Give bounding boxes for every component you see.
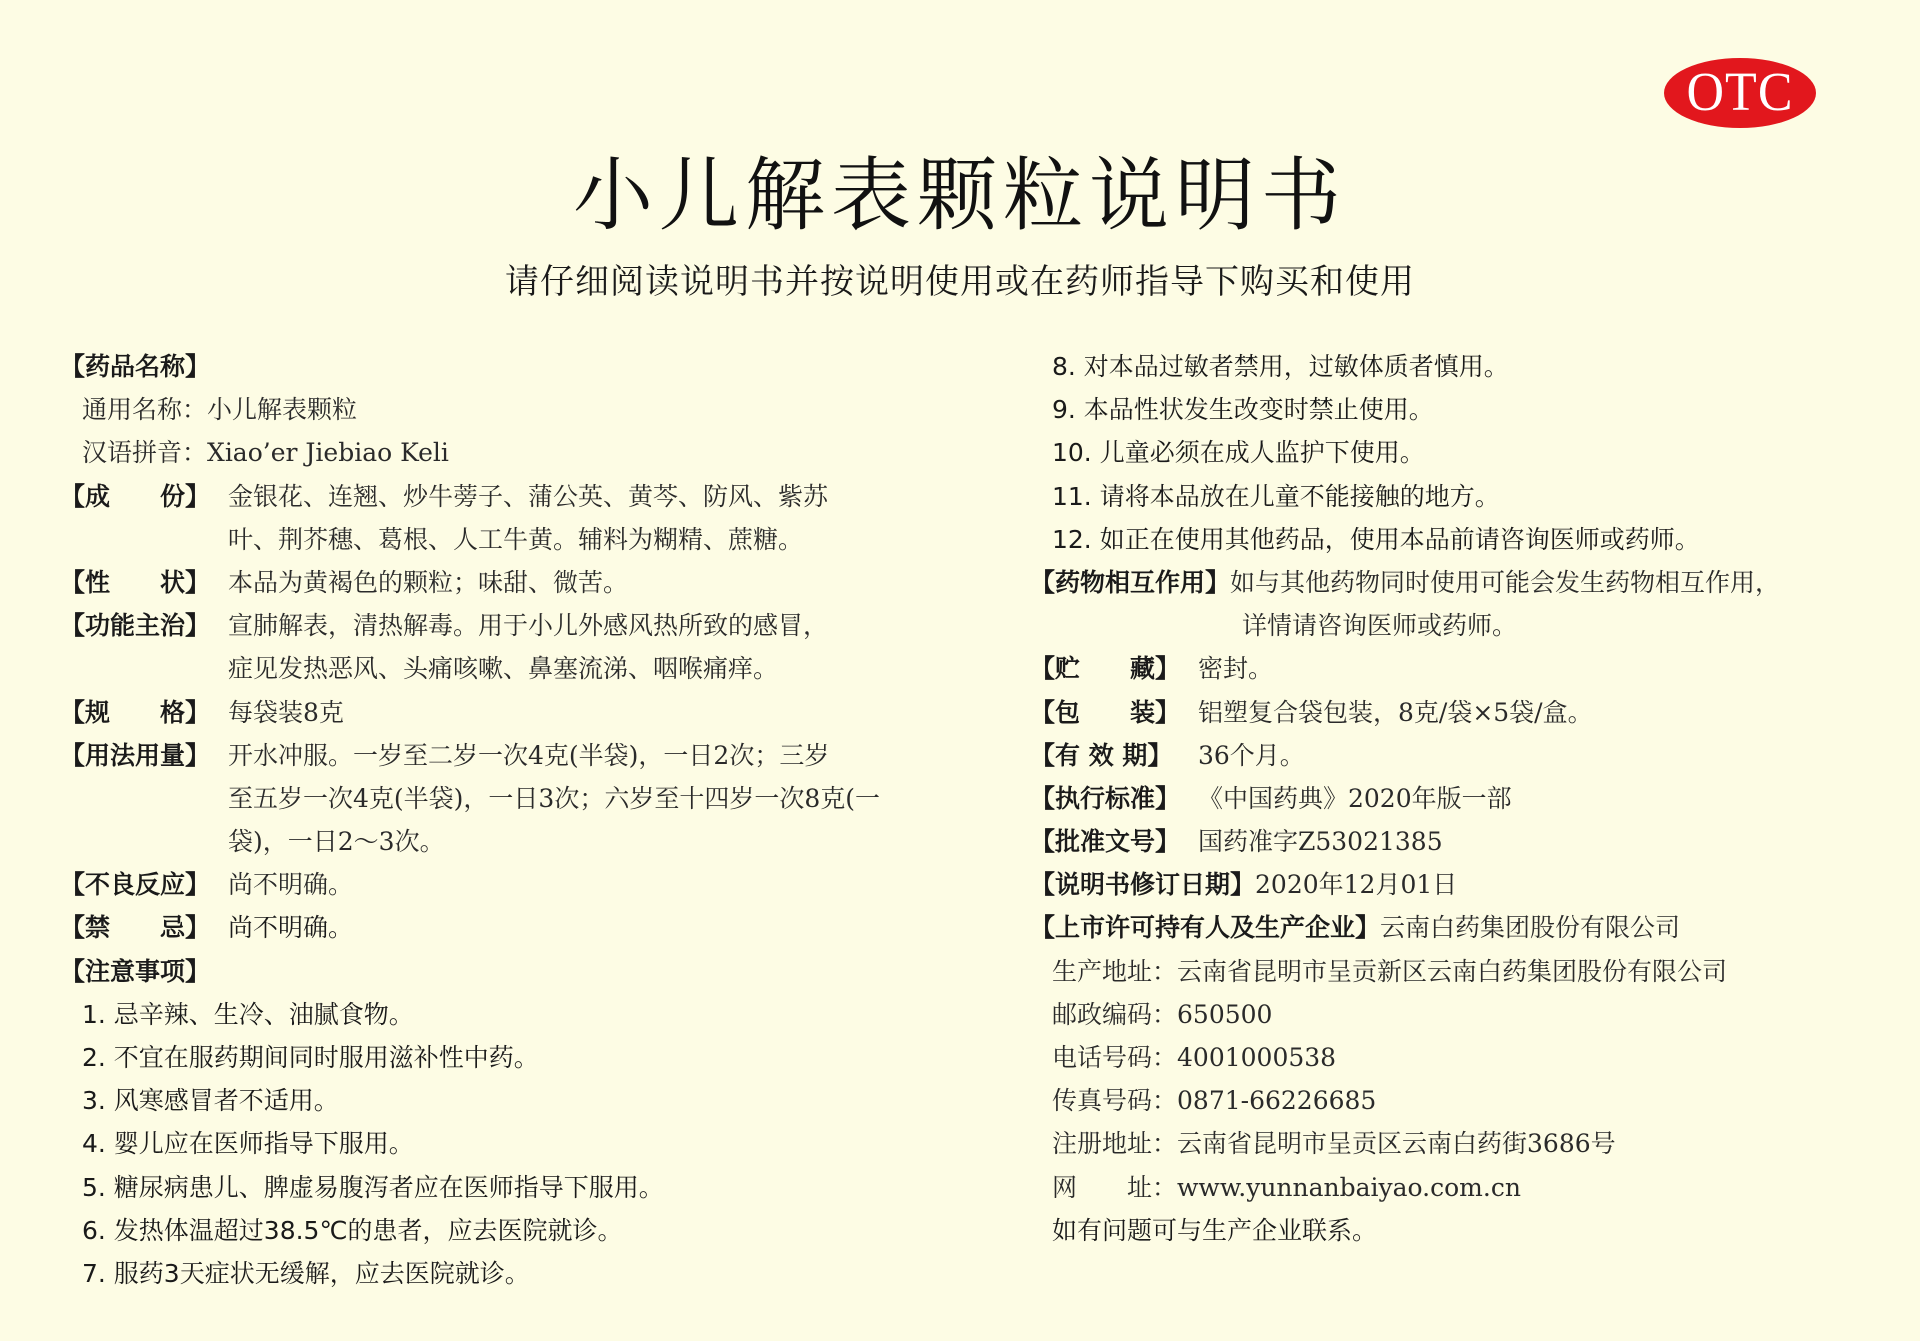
adverse-value: 尚不明确。 xyxy=(228,863,353,906)
contact-key: 邮政编码： xyxy=(1052,993,1177,1036)
precaution-item: 12. 如正在使用其他药品，使用本品前请咨询医师或药师。 xyxy=(1030,518,1910,561)
interactions-line-2: 详情请咨询医师或药师。 xyxy=(1242,604,1517,647)
contact-value: 云南省昆明市呈贡区云南白药街3686号 xyxy=(1177,1122,1616,1165)
properties-value: 本品为黄褐色的颗粒；味甜、微苦。 xyxy=(228,561,628,604)
precaution-item: 6. 发热体温超过38.5℃的患者，应去医院就诊。 xyxy=(60,1209,960,1252)
section-label: 【成 份】 xyxy=(60,475,228,518)
generic-name-row: 通用名称： 小儿解表颗粒 xyxy=(60,388,960,431)
dosage-line-3: 袋)，一日2～3次。 xyxy=(228,820,445,863)
right-column: 8. 对本品过敏者禁用，过敏体质者慎用。 9. 本品性状发生改变时禁止使用。 1… xyxy=(1030,345,1910,1252)
dosage-cont-2: 袋)，一日2～3次。 xyxy=(60,820,960,863)
contact-value: 4001000538 xyxy=(1177,1036,1336,1079)
section-interactions: 【药物相互作用】 如与其他药物同时使用可能会发生药物相互作用， xyxy=(1030,561,1910,604)
section-indications: 【功能主治】 宣肺解表，清热解毒。用于小儿外感风热所致的感冒， xyxy=(60,604,960,647)
pinyin-key: 汉语拼音： xyxy=(82,431,207,474)
precaution-item: 8. 对本品过敏者禁用，过敏体质者慎用。 xyxy=(1030,345,1910,388)
indications-line-2: 症见发热恶风、头痛咳嗽、鼻塞流涕、咽喉痛痒。 xyxy=(228,647,778,690)
contact-key: 网 址： xyxy=(1052,1166,1177,1209)
ingredients-line-2: 叶、荆芥穗、葛根、人工牛黄。辅料为糊精、蔗糖。 xyxy=(228,518,803,561)
section-label: 【包 装】 xyxy=(1030,691,1198,734)
precaution-item: 10. 儿童必须在成人监护下使用。 xyxy=(1030,431,1910,474)
section-label: 【不良反应】 xyxy=(60,863,228,906)
section-label: 【功能主治】 xyxy=(60,604,228,647)
contact-value: 0871-66226685 xyxy=(1177,1079,1376,1122)
validity-value: 36个月。 xyxy=(1198,734,1305,777)
section-storage: 【贮 藏】 密封。 xyxy=(1030,647,1910,690)
section-ingredients: 【成 份】 金银花、连翘、炒牛蒡子、蒲公英、黄芩、防风、紫苏 xyxy=(60,475,960,518)
section-drug-name: 【药品名称】 xyxy=(60,345,960,388)
footer-note: 如有问题可与生产企业联系。 xyxy=(1030,1209,1910,1252)
interactions-cont: 详情请咨询医师或药师。 xyxy=(1030,604,1910,647)
section-standard: 【执行标准】 《中国药典》2020年版一部 xyxy=(1030,777,1910,820)
precaution-item: 11. 请将本品放在儿童不能接触的地方。 xyxy=(1030,475,1910,518)
section-package: 【包 装】 铝塑复合袋包装，8克/袋×5袋/盒。 xyxy=(1030,691,1910,734)
contact-key: 注册地址： xyxy=(1052,1122,1177,1165)
indications-cont: 症见发热恶风、头痛咳嗽、鼻塞流涕、咽喉痛痒。 xyxy=(60,647,960,690)
dosage-cont-1: 至五岁一次4克(半袋)，一日3次；六岁至十四岁一次8克(一 xyxy=(60,777,960,820)
specification-value: 每袋装8克 xyxy=(228,691,344,734)
precaution-item: 9. 本品性状发生改变时禁止使用。 xyxy=(1030,388,1910,431)
generic-name-key: 通用名称： xyxy=(82,388,207,431)
dosage-line-1: 开水冲服。一岁至二岁一次4克(半袋)，一日2次；三岁 xyxy=(228,734,829,777)
section-label: 【上市许可持有人及生产企业】 xyxy=(1030,906,1380,949)
section-label: 【药品名称】 xyxy=(60,345,210,388)
precaution-item: 3. 风寒感冒者不适用。 xyxy=(60,1079,960,1122)
revision-value: 2020年12月01日 xyxy=(1255,863,1457,906)
section-adverse-reactions: 【不良反应】 尚不明确。 xyxy=(60,863,960,906)
section-validity: 【有 效 期】 36个月。 xyxy=(1030,734,1910,777)
contact-value: 650500 xyxy=(1177,993,1272,1036)
section-label: 【药物相互作用】 xyxy=(1030,561,1230,604)
website-value: www.yunnanbaiyao.com.cn xyxy=(1177,1166,1521,1209)
pinyin-value: Xiao’er Jiebiao Keli xyxy=(207,431,449,474)
section-label: 【性 状】 xyxy=(60,561,228,604)
section-label: 【注意事项】 xyxy=(60,950,210,993)
contact-row: 注册地址： 云南省昆明市呈贡区云南白药街3686号 xyxy=(1030,1122,1910,1165)
section-label: 【禁 忌】 xyxy=(60,906,228,949)
contact-key: 电话号码： xyxy=(1052,1036,1177,1079)
package-value: 铝塑复合袋包装，8克/袋×5袋/盒。 xyxy=(1198,691,1593,734)
section-revision-date: 【说明书修订日期】 2020年12月01日 xyxy=(1030,863,1910,906)
otc-badge: OTC xyxy=(1664,58,1816,128)
precaution-item: 5. 糖尿病患儿、脾虚易腹泻者应在医师指导下服用。 xyxy=(60,1166,960,1209)
contact-row: 电话号码： 4001000538 xyxy=(1030,1036,1910,1079)
section-holder: 【上市许可持有人及生产企业】 云南白药集团股份有限公司 xyxy=(1030,906,1910,949)
contact-row: 传真号码： 0871-66226685 xyxy=(1030,1079,1910,1122)
section-label: 【说明书修订日期】 xyxy=(1030,863,1255,906)
generic-name-value: 小儿解表颗粒 xyxy=(207,388,357,431)
holder-value: 云南白药集团股份有限公司 xyxy=(1380,906,1680,949)
ingredients-cont: 叶、荆芥穗、葛根、人工牛黄。辅料为糊精、蔗糖。 xyxy=(60,518,960,561)
pinyin-row: 汉语拼音： Xiao’er Jiebiao Keli xyxy=(60,431,960,474)
section-approval: 【批准文号】 国药准字Z53021385 xyxy=(1030,820,1910,863)
precaution-item: 1. 忌辛辣、生冷、油腻食物。 xyxy=(60,993,960,1036)
section-precautions: 【注意事项】 xyxy=(60,950,960,993)
document-subtitle: 请仔细阅读说明书并按说明使用或在药师指导下购买和使用 xyxy=(0,260,1920,304)
section-label: 【有 效 期】 xyxy=(1030,734,1198,777)
ingredients-line-1: 金银花、连翘、炒牛蒡子、蒲公英、黄芩、防风、紫苏 xyxy=(228,475,828,518)
section-label: 【批准文号】 xyxy=(1030,820,1198,863)
contraindications-value: 尚不明确。 xyxy=(228,906,353,949)
section-label: 【贮 藏】 xyxy=(1030,647,1198,690)
section-label: 【用法用量】 xyxy=(60,734,228,777)
approval-value: 国药准字Z53021385 xyxy=(1198,820,1443,863)
dosage-line-2: 至五岁一次4克(半袋)，一日3次；六岁至十四岁一次8克(一 xyxy=(228,777,880,820)
precaution-item: 7. 服药3天症状无缓解，应去医院就诊。 xyxy=(60,1252,960,1295)
contact-key: 生产地址： xyxy=(1052,950,1177,993)
contact-row: 网 址： www.yunnanbaiyao.com.cn xyxy=(1030,1166,1910,1209)
contact-key: 传真号码： xyxy=(1052,1079,1177,1122)
section-label: 【执行标准】 xyxy=(1030,777,1198,820)
storage-value: 密封。 xyxy=(1198,647,1273,690)
otc-badge-label: OTC xyxy=(1687,66,1794,121)
interactions-line-1: 如与其他药物同时使用可能会发生药物相互作用， xyxy=(1230,561,1780,604)
contact-value: 云南省昆明市呈贡新区云南白药集团股份有限公司 xyxy=(1177,950,1727,993)
section-contraindications: 【禁 忌】 尚不明确。 xyxy=(60,906,960,949)
precaution-item: 2. 不宜在服药期间同时服用滋补性中药。 xyxy=(60,1036,960,1079)
section-specification: 【规 格】 每袋装8克 xyxy=(60,691,960,734)
contact-row: 生产地址： 云南省昆明市呈贡新区云南白药集团股份有限公司 xyxy=(1030,950,1910,993)
contact-row: 邮政编码： 650500 xyxy=(1030,993,1910,1036)
document-title: 小儿解表颗粒说明书 xyxy=(0,148,1920,244)
section-properties: 【性 状】 本品为黄褐色的颗粒；味甜、微苦。 xyxy=(60,561,960,604)
precaution-item: 4. 婴儿应在医师指导下服用。 xyxy=(60,1122,960,1165)
standard-value: 《中国药典》2020年版一部 xyxy=(1198,777,1512,820)
section-label: 【规 格】 xyxy=(60,691,228,734)
indications-line-1: 宣肺解表，清热解毒。用于小儿外感风热所致的感冒， xyxy=(228,604,828,647)
section-dosage: 【用法用量】 开水冲服。一岁至二岁一次4克(半袋)，一日2次；三岁 xyxy=(60,734,960,777)
left-column: 【药品名称】 通用名称： 小儿解表颗粒 汉语拼音： Xiao’er Jiebia… xyxy=(60,345,960,1295)
